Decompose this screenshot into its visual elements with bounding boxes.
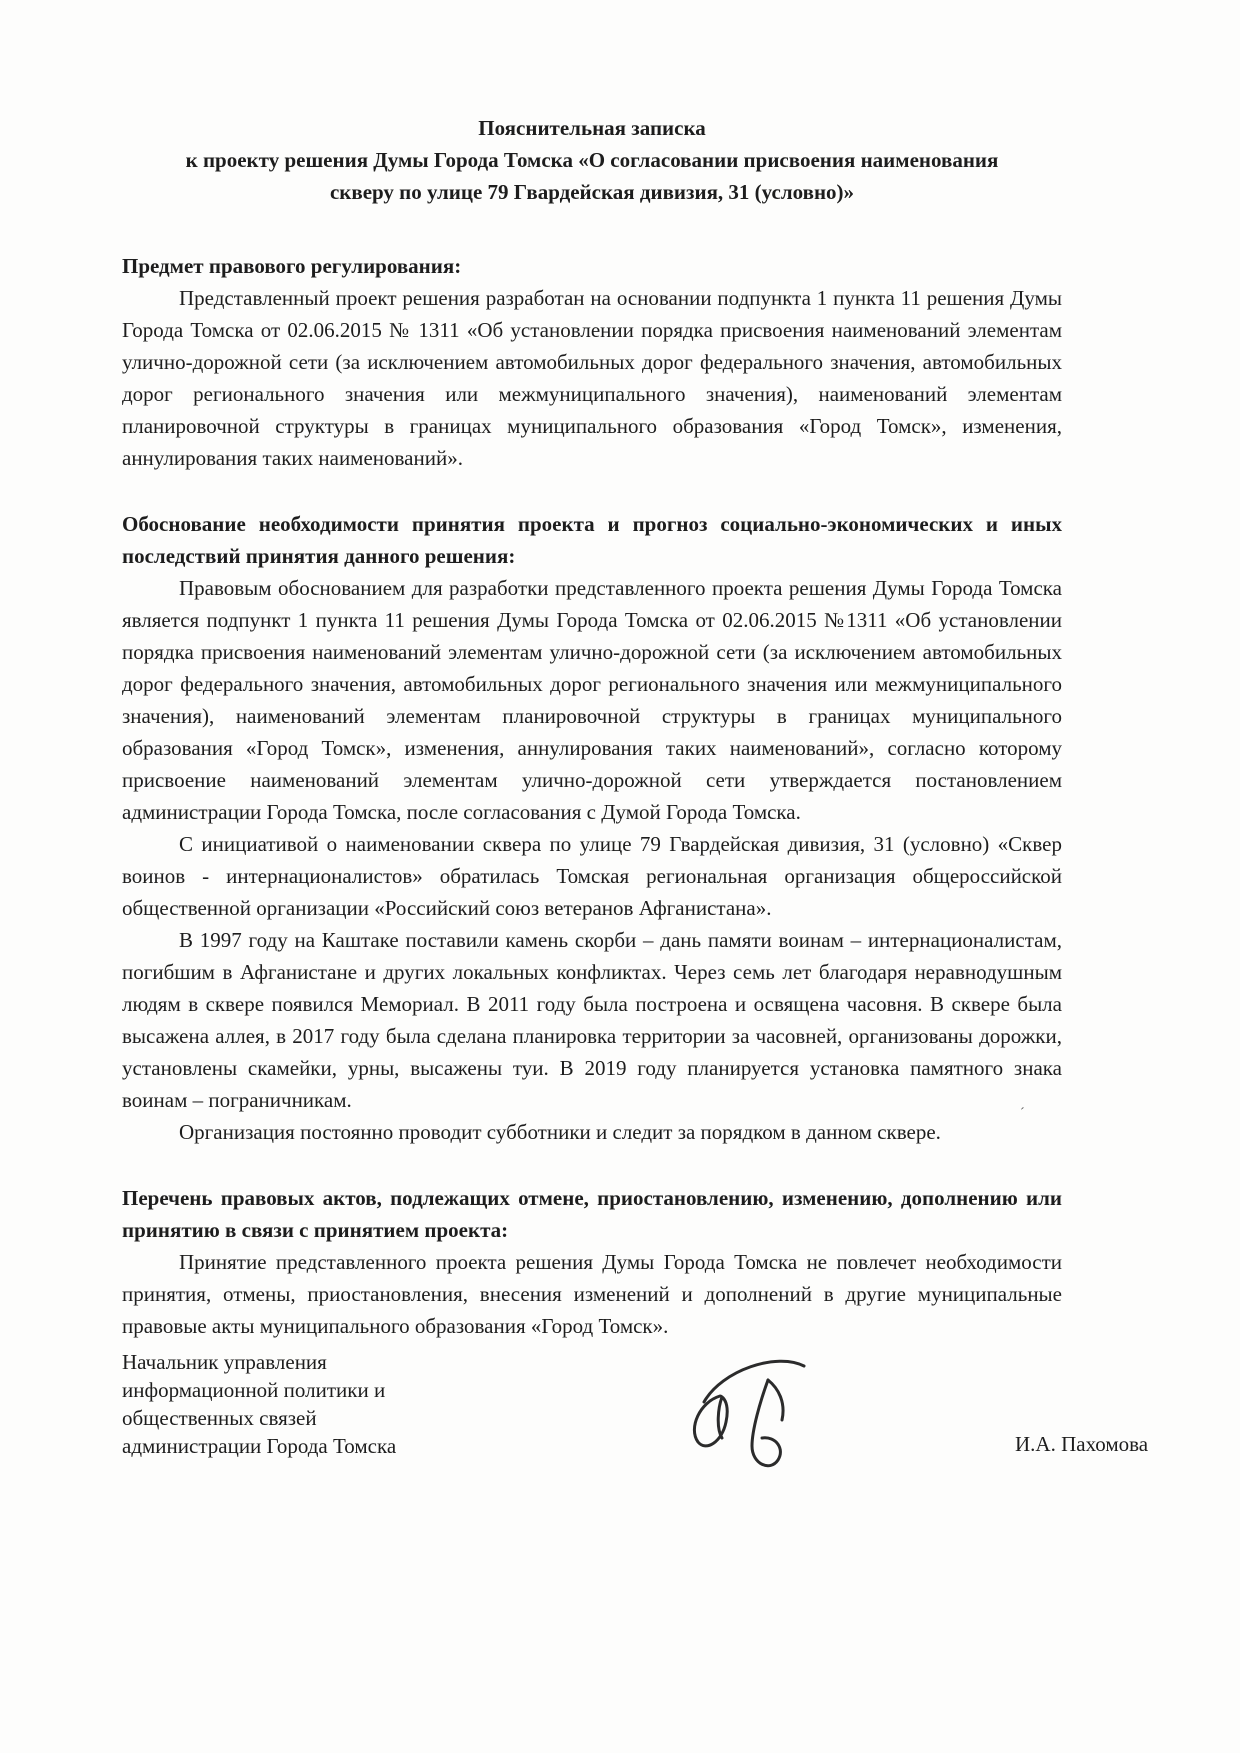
handwritten-signature-icon xyxy=(682,1350,852,1480)
title-line-2: к проекту решения Думы Города Томска «О … xyxy=(122,144,1062,176)
section-heading-acts-list: Перечень правовых актов, подлежащих отме… xyxy=(122,1182,1062,1246)
scanned-document-page: Пояснительная записка к проекту решения … xyxy=(0,0,1240,1753)
paragraph: Принятие представленного проекта решения… xyxy=(122,1246,1062,1342)
signer-position-block: Начальник управления информационной поли… xyxy=(122,1348,482,1460)
section-heading-subject: Предмет правового регулирования: xyxy=(122,250,1062,282)
signer-name: И.А. Пахомова xyxy=(1015,1428,1148,1460)
paragraph: Представленный проект решения разработан… xyxy=(122,282,1062,474)
section-heading-justification: Обоснование необходимости принятия проек… xyxy=(122,508,1062,572)
title-line-1: Пояснительная записка xyxy=(122,112,1062,144)
title-line-3: скверу по улице 79 Гвардейская дивизия, … xyxy=(122,176,1062,208)
document-title: Пояснительная записка к проекту решения … xyxy=(122,112,1062,208)
paragraph: Организация постоянно проводит субботник… xyxy=(122,1116,1062,1148)
position-line: информационной политики и xyxy=(122,1376,482,1404)
scan-artifact: ˊ xyxy=(1020,1098,1025,1130)
signature-footer: Начальник управления информационной поли… xyxy=(122,1348,1182,1508)
position-line: администрации Города Томска xyxy=(122,1432,482,1460)
paragraph: В 1997 году на Каштаке поставили камень … xyxy=(122,924,1062,1116)
paragraph: Правовым обоснованием для разработки пре… xyxy=(122,572,1062,828)
position-line: Начальник управления xyxy=(122,1348,482,1376)
paragraph: С инициативой о наименовании сквера по у… xyxy=(122,828,1062,924)
document-body: Пояснительная записка к проекту решения … xyxy=(122,112,1062,1342)
position-line: общественных связей xyxy=(122,1404,482,1432)
